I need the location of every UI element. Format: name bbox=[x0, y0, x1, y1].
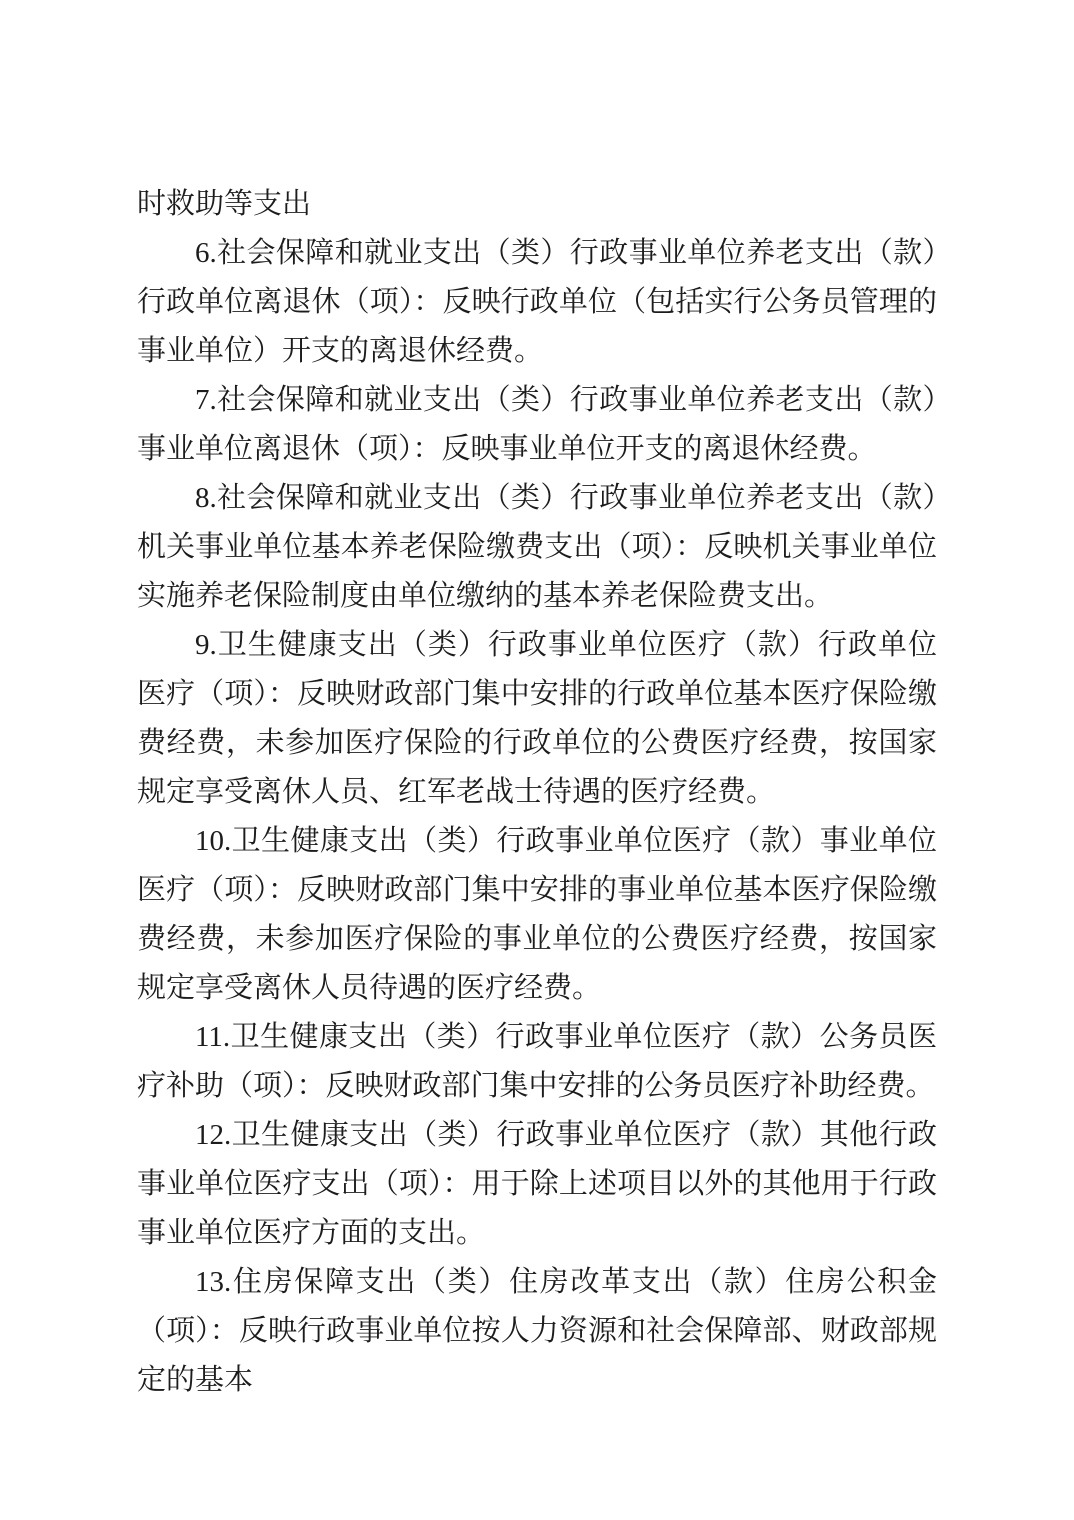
document-page: 时救助等支出6.社会保障和就业支出（类）行政事业单位养老支出（款）行政单位离退休… bbox=[0, 0, 1074, 1520]
paragraph-item-7: 7.社会保障和就业支出（类）行政事业单位养老支出（款）事业单位离退休（项）：反映… bbox=[137, 376, 937, 474]
paragraph-item-12: 12.卫生健康支出（类）行政事业单位医疗（款）其他行政事业单位医疗支出（项）：用… bbox=[137, 1111, 937, 1258]
document-body: 时救助等支出6.社会保障和就业支出（类）行政事业单位养老支出（款）行政单位离退休… bbox=[137, 180, 937, 1405]
paragraph-item-11: 11.卫生健康支出（类）行政事业单位医疗（款）公务员医疗补助（项）：反映财政部门… bbox=[137, 1013, 937, 1111]
paragraph-item-9: 9.卫生健康支出（类）行政事业单位医疗（款）行政单位医疗（项）：反映财政部门集中… bbox=[137, 621, 937, 817]
paragraph-item-6: 6.社会保障和就业支出（类）行政事业单位养老支出（款）行政单位离退休（项）：反映… bbox=[137, 229, 937, 376]
paragraph-continuation-line: 时救助等支出 bbox=[137, 180, 937, 229]
paragraph-item-13: 13.住房保障支出（类）住房改革支出（款）住房公积金（项）：反映行政事业单位按人… bbox=[137, 1258, 937, 1405]
paragraph-item-8: 8.社会保障和就业支出（类）行政事业单位养老支出（款）机关事业单位基本养老保险缴… bbox=[137, 474, 937, 621]
paragraph-item-10: 10.卫生健康支出（类）行政事业单位医疗（款）事业单位医疗（项）：反映财政部门集… bbox=[137, 817, 937, 1013]
